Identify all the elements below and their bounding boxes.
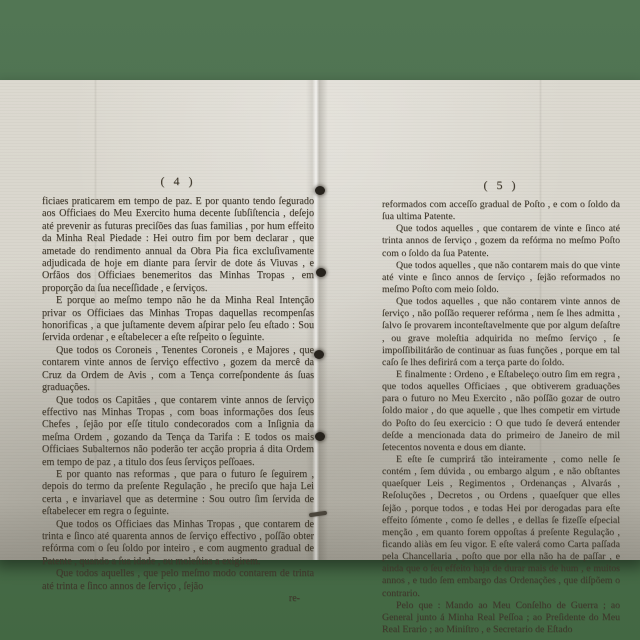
photo-background: ( 4 ) ficiaes praticarem em tempo de paz…: [0, 0, 640, 640]
paragraph: Que todos os Capitães , que contarem vin…: [42, 395, 314, 469]
paragraph: Que todos aquelles , que contarem de vin…: [382, 223, 620, 259]
right-page-text: reformados com acceſſo gradual de Poſto …: [382, 199, 620, 636]
left-page-number: ( 4 ): [42, 174, 314, 189]
stitch-hole: [315, 186, 325, 195]
paragraph: Que todos aquelles , que não contarem vi…: [382, 296, 620, 369]
paragraph: Pelo que : Mando ao Meu Conſelho de Guer…: [382, 600, 620, 636]
right-page-number: ( 5 ): [382, 178, 620, 193]
left-page: ( 4 ) ficiaes praticarem em tempo de paz…: [42, 174, 314, 636]
paragraph: reformados com acceſſo gradual de Poſto …: [382, 199, 620, 223]
paragraph: ficiaes praticarem em tempo de paz. E po…: [42, 196, 314, 295]
paragraph: Que todos aquelles , que pelo meſmo modo…: [42, 568, 314, 593]
paragraph: Que todos aquelles , que não contarem ma…: [382, 260, 620, 296]
paragraph: E finalmente : Ordeno , e Eſtabeleço out…: [382, 369, 620, 454]
paper-sheet: ( 4 ) ficiaes praticarem em tempo de paz…: [0, 80, 640, 560]
paragraph: E porque ao meſmo tempo não he da Minha …: [42, 295, 314, 345]
paragraph: E por quanto nas reformas , que para o f…: [42, 469, 314, 519]
left-page-text: ficiaes praticarem em tempo de paz. E po…: [42, 196, 314, 593]
right-page: ( 5 ) reformados com acceſſo gradual de …: [382, 178, 620, 636]
stitch-hole: [315, 432, 325, 441]
paragraph: Que todos os Coroneis , Tenentes Coronei…: [42, 345, 314, 395]
left-page-catchword: re-: [42, 593, 314, 604]
paragraph: E eſte ſe cumprirá tão inteiramente , co…: [382, 454, 620, 600]
paragraph: Que todos os Officiaes das Minhas Tropas…: [42, 519, 314, 569]
stitch-hole: [314, 350, 324, 359]
stitch-hole: [316, 268, 326, 277]
